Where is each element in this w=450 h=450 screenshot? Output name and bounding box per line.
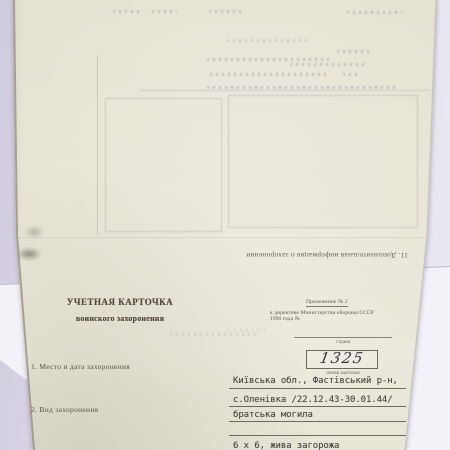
show-through-row — [207, 86, 397, 89]
card-subtitle: воинского захоронения — [55, 314, 185, 323]
show-through-row — [227, 39, 310, 42]
appendix-line3: 1990 года № — [270, 316, 300, 322]
show-through-row — [210, 73, 327, 76]
entry-underline — [229, 435, 406, 436]
show-through-row — [207, 58, 333, 61]
show-through-box — [228, 95, 418, 228]
show-through-row — [113, 10, 141, 13]
reverse-side-text: 11. Дополнительная информация о захороне… — [232, 251, 422, 260]
show-through-row — [152, 10, 177, 13]
card-title: УЧЕТНАЯ КАРТОЧКА — [55, 297, 185, 307]
paper-shadow-wrap: 11. Дополнительная информация о захороне… — [0, 0, 450, 450]
paper-crease-vertical — [97, 55, 98, 235]
card-number-value: 1325 — [304, 349, 379, 367]
entry-underline — [229, 406, 406, 407]
edge-smudge — [16, 247, 42, 261]
show-through-line — [140, 90, 430, 91]
fold-crease — [13, 236, 433, 238]
entry-place-line2: с.Оленівка /22.12.43-30.01.44/ — [233, 395, 393, 405]
entry-underline — [229, 388, 406, 389]
edge-smudge — [24, 226, 44, 238]
country-line — [294, 337, 392, 338]
entry-place-line1: Київська обл., Фастівський р-н, — [233, 376, 398, 386]
faint-mark — [228, 329, 268, 332]
field-label-place-date: 1. Место и дата захоронения — [31, 362, 130, 371]
country-label: страна — [294, 340, 392, 345]
paper-sheet: 11. Дополнительная информация о захороне… — [0, 0, 450, 450]
entry-burial-type: братська могила — [233, 410, 313, 420]
scanned-document: 11. Дополнительная информация о захороне… — [0, 0, 450, 450]
show-through-row — [337, 50, 373, 53]
show-through-box — [105, 98, 222, 232]
entry-size-fence: 6 х 6, жива загорожа — [233, 441, 339, 450]
show-through-row — [343, 73, 360, 76]
show-through-row — [347, 11, 402, 14]
faint-mark — [170, 333, 260, 336]
entry-underline — [229, 421, 406, 422]
appendix-line1: Приложение № 2 — [306, 299, 348, 307]
show-through-row — [209, 10, 242, 13]
show-through-row — [290, 63, 367, 66]
field-label-burial-type: 2. Вид захоронения — [31, 405, 98, 414]
